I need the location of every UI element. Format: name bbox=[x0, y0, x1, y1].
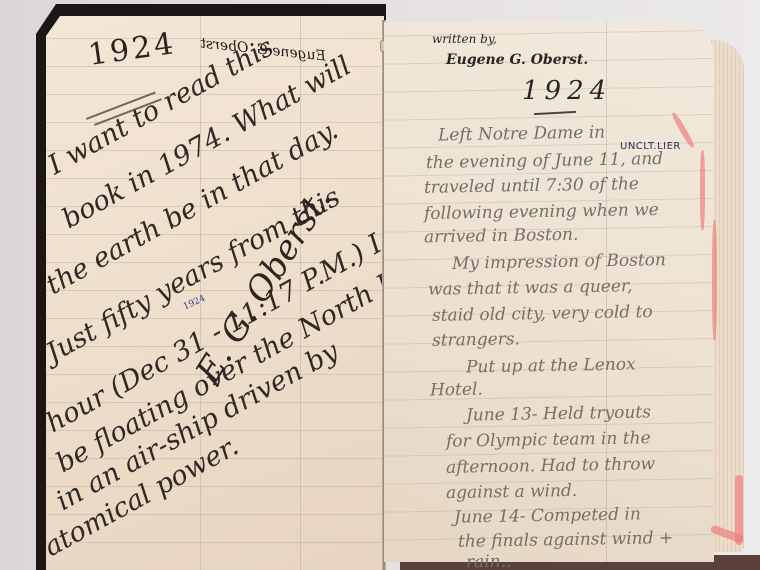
diary-line: the finals against wind + bbox=[458, 528, 674, 552]
diary-line: June 13- Held tryouts bbox=[466, 402, 651, 425]
diary-line: Left Notre Dame in bbox=[438, 123, 605, 146]
diary-line: was that it was a queer, bbox=[428, 276, 633, 300]
diary-line: Hotel. bbox=[430, 380, 483, 401]
red-pencil-mark bbox=[700, 150, 705, 230]
diary-line: for Olympic team in the bbox=[446, 428, 651, 452]
diary-line: Put up at the Lenox bbox=[466, 355, 636, 378]
diary-line: June 14- Competed in bbox=[454, 504, 641, 527]
author-name: Eugene G. Oberst. bbox=[446, 52, 588, 68]
red-pencil-mark bbox=[712, 220, 717, 340]
diary-line: strangers. bbox=[432, 329, 520, 351]
diary-line: the evening of June 11, and bbox=[426, 149, 663, 173]
diary-line: following evening when we bbox=[424, 200, 659, 224]
diary-line: My impression of Boston bbox=[452, 250, 666, 274]
diary-line: afternoon. Had to throw bbox=[446, 454, 655, 478]
diary-line: against a wind. bbox=[446, 481, 578, 503]
right-year: 1924 bbox=[522, 76, 612, 106]
diary-line: rain.. bbox=[466, 552, 512, 570]
written-by-label: written by, bbox=[432, 32, 497, 46]
diary-line: staid old city, very cold to bbox=[432, 302, 653, 326]
diary-line: arrived in Boston. bbox=[424, 225, 579, 248]
diary-line: traveled until 7:30 of the bbox=[424, 174, 639, 198]
notebook-photo: 1924 Eugene G. Oberst I want to read thi… bbox=[0, 0, 760, 570]
